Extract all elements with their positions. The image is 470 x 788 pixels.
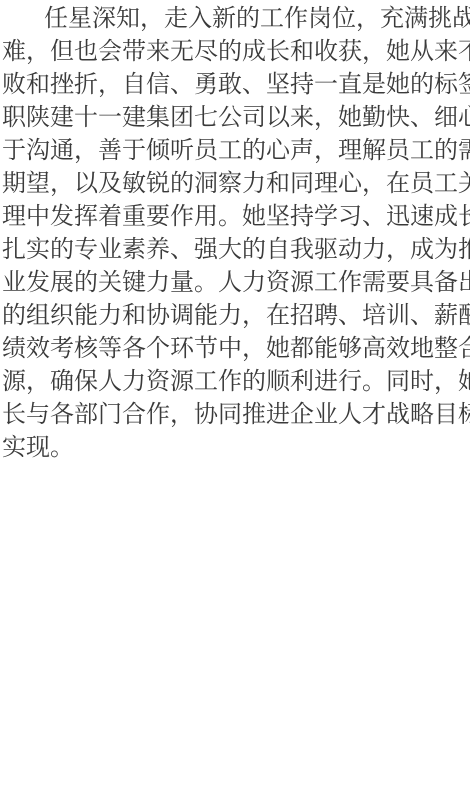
text-line: 败和挫折，自信、勇敢、坚持一直是她的标签。自入 [2, 68, 466, 100]
text-line: 实现。 [2, 431, 466, 463]
text-line: 绩效考核等各个环节中，她都能够高效地整合资 [2, 332, 466, 364]
text-line: 长与各部门合作，协同推进企业人才战略目标的 [2, 398, 466, 430]
text-line: 职陕建十一建集团七公司以来，她勤快、细心、善 [2, 101, 466, 133]
text-line: 期望，以及敏锐的洞察力和同理心，在员工关系管 [2, 167, 466, 199]
text-line: 任星深知，走入新的工作岗位，充满挑战和困 [44, 2, 466, 34]
text-line: 理中发挥着重要作用。她坚持学习、迅速成长，以 [2, 200, 466, 232]
text-line: 难，但也会带来无尽的成长和收获，她从来不怕失 [2, 35, 466, 67]
text-line: 业发展的关键力量。人力资源工作需要具备出色 [2, 266, 466, 298]
text-line: 于沟通，善于倾听员工的心声，理解员工的需求和 [2, 134, 466, 166]
text-line: 源，确保人力资源工作的顺利进行。同时，她还擅 [2, 365, 466, 397]
text-line: 的组织能力和协调能力，在招聘、培训、薪酬管理、 [2, 299, 466, 331]
text-line: 扎实的专业素养、强大的自我驱动力，成为推动企 [2, 233, 466, 265]
